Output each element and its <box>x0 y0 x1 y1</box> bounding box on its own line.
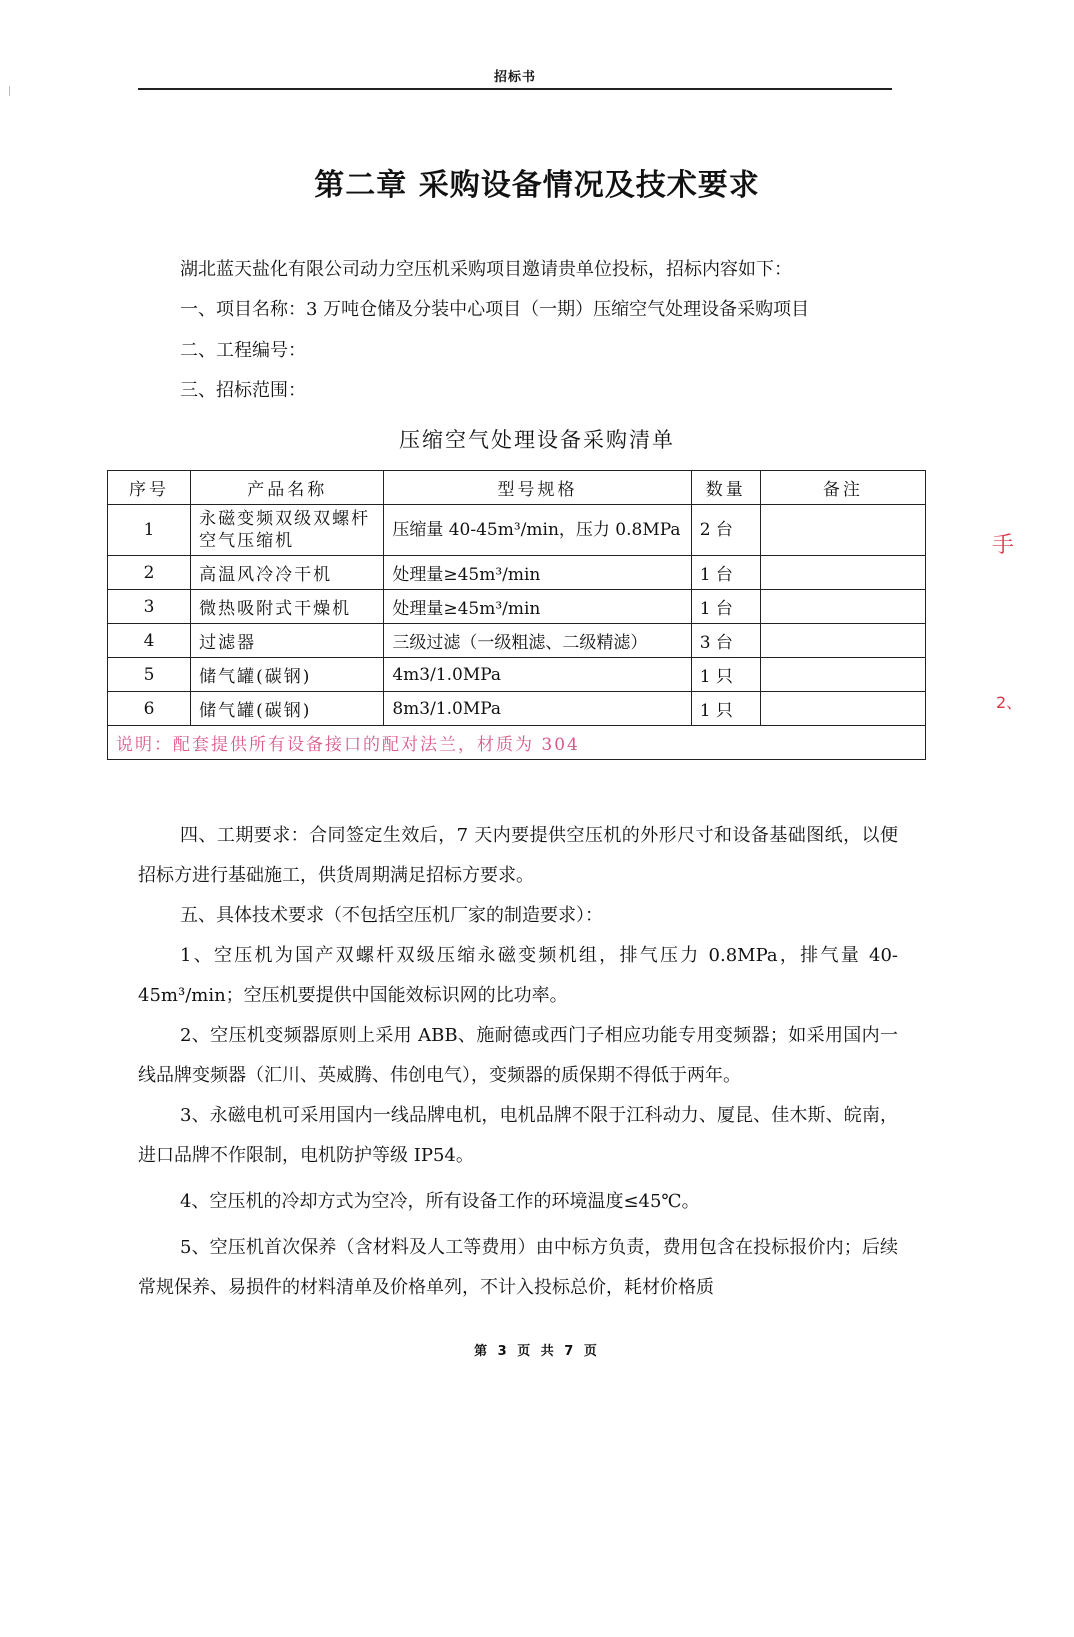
row-spec: 三级过滤（一级粗滤、二级精滤） <box>384 624 691 658</box>
table-footnote-row: 说明：配套提供所有设备接口的配对法兰，材质为 304 <box>108 726 926 760</box>
column-header-quantity: 数量 <box>691 471 760 505</box>
row-product-name: 过滤器 <box>191 624 384 658</box>
row-product-name: 微热吸附式干燥机 <box>191 590 384 624</box>
row-remarks <box>760 624 925 658</box>
row-remarks <box>760 505 925 556</box>
scan-artifact <box>9 86 10 96</box>
row-quantity: 2 台 <box>691 505 760 556</box>
row-spec: 压缩量 40-45m³/min，压力 0.8MPa <box>384 505 691 556</box>
table-row: 1 永磁变频双级双螺杆空气压缩机 压缩量 40-45m³/min，压力 0.8M… <box>108 505 926 556</box>
table-row: 3 微热吸附式干燥机 处理量≥45m³/min 1 台 <box>108 590 926 624</box>
running-header: 招标书 <box>138 66 892 85</box>
row-index: 2 <box>108 556 191 590</box>
row-quantity: 1 只 <box>691 658 760 692</box>
row-quantity: 3 台 <box>691 624 760 658</box>
row-product-name: 储气罐(碳钢) <box>191 658 384 692</box>
row-quantity: 1 台 <box>691 590 760 624</box>
project-number-line: 二、工程编号： <box>180 339 306 363</box>
table-row: 6 储气罐(碳钢) 8m3/1.0MPa 1 只 <box>108 692 926 726</box>
row-spec: 处理量≥45m³/min <box>384 590 691 624</box>
row-spec: 8m3/1.0MPa <box>384 692 691 726</box>
table-row: 2 高温风冷冷干机 处理量≥45m³/min 1 台 <box>108 556 926 590</box>
row-product-name: 储气罐(碳钢) <box>191 692 384 726</box>
table-header-row: 序号 产品名称 型号规格 数量 备注 <box>108 471 926 505</box>
table-row: 4 过滤器 三级过滤（一级粗滤、二级精滤） 3 台 <box>108 624 926 658</box>
requirement-item-3: 3、永磁电机可采用国内一线品牌电机，电机品牌不限于江科动力、厦昆、佳木斯、皖南，… <box>138 1096 898 1176</box>
row-quantity: 1 台 <box>691 556 760 590</box>
page-footer: 第 3 页 共 7 页 <box>0 1340 1074 1359</box>
table-row: 5 储气罐(碳钢) 4m3/1.0MPa 1 只 <box>108 658 926 692</box>
chapter-title: 第二章 采购设备情况及技术要求 <box>0 160 1074 204</box>
table-title: 压缩空气处理设备采购清单 <box>0 424 1074 454</box>
invitation-paragraph: 湖北蓝天盐化有限公司动力空压机采购项目邀请贵单位投标，招标内容如下： <box>180 258 792 282</box>
row-remarks <box>760 590 925 624</box>
requirement-item-4: 4、空压机的冷却方式为空冷，所有设备工作的环境温度≤45℃。 <box>138 1182 898 1222</box>
bidding-scope-line: 三、招标范围： <box>180 379 306 403</box>
schedule-requirement: 四、工期要求：合同签定生效后，7 天内要提供空压机的外形尺寸和设备基础图纸，以便… <box>138 816 898 896</box>
handwritten-margin-mark: 手 <box>992 528 1014 559</box>
row-remarks <box>760 658 925 692</box>
row-spec: 处理量≥45m³/min <box>384 556 691 590</box>
project-name-line: 一、项目名称：3 万吨仓储及分装中心项目（一期）压缩空气处理设备采购项目 <box>180 298 809 322</box>
technical-requirements-body: 四、工期要求：合同签定生效后，7 天内要提供空压机的外形尺寸和设备基础图纸，以便… <box>138 816 898 1308</box>
column-header-remarks: 备注 <box>760 471 925 505</box>
row-remarks <box>760 556 925 590</box>
row-index: 5 <box>108 658 191 692</box>
column-header-index: 序号 <box>108 471 191 505</box>
row-product-name: 高温风冷冷干机 <box>191 556 384 590</box>
row-index: 1 <box>108 505 191 556</box>
row-index: 4 <box>108 624 191 658</box>
row-quantity: 1 只 <box>691 692 760 726</box>
handwritten-margin-mark: 2、 <box>996 690 1022 713</box>
row-remarks <box>760 692 925 726</box>
row-index: 3 <box>108 590 191 624</box>
requirement-item-1: 1、空压机为国产双螺杆双级压缩永磁变频机组，排气压力 0.8MPa，排气量 40… <box>138 936 898 1016</box>
technical-requirements-heading: 五、具体技术要求（不包括空压机厂家的制造要求）： <box>138 896 898 936</box>
column-header-product-name: 产品名称 <box>191 471 384 505</box>
document-page: 招标书 第二章 采购设备情况及技术要求 湖北蓝天盐化有限公司动力空压机采购项目邀… <box>0 0 1074 1637</box>
header-rule <box>138 88 892 90</box>
column-header-spec: 型号规格 <box>384 471 691 505</box>
requirement-item-2: 2、空压机变频器原则上采用 ABB、施耐德或西门子相应功能专用变频器；如采用国内… <box>138 1016 898 1096</box>
requirement-item-5: 5、空压机首次保养（含材料及人工等费用）由中标方负责，费用包含在投标报价内；后续… <box>138 1228 898 1308</box>
procurement-table: 序号 产品名称 型号规格 数量 备注 1 永磁变频双级双螺杆空气压缩机 压缩量 … <box>107 470 926 760</box>
row-spec: 4m3/1.0MPa <box>384 658 691 692</box>
row-index: 6 <box>108 692 191 726</box>
row-product-name: 永磁变频双级双螺杆空气压缩机 <box>191 505 384 556</box>
table-footnote: 说明：配套提供所有设备接口的配对法兰，材质为 304 <box>108 726 926 760</box>
